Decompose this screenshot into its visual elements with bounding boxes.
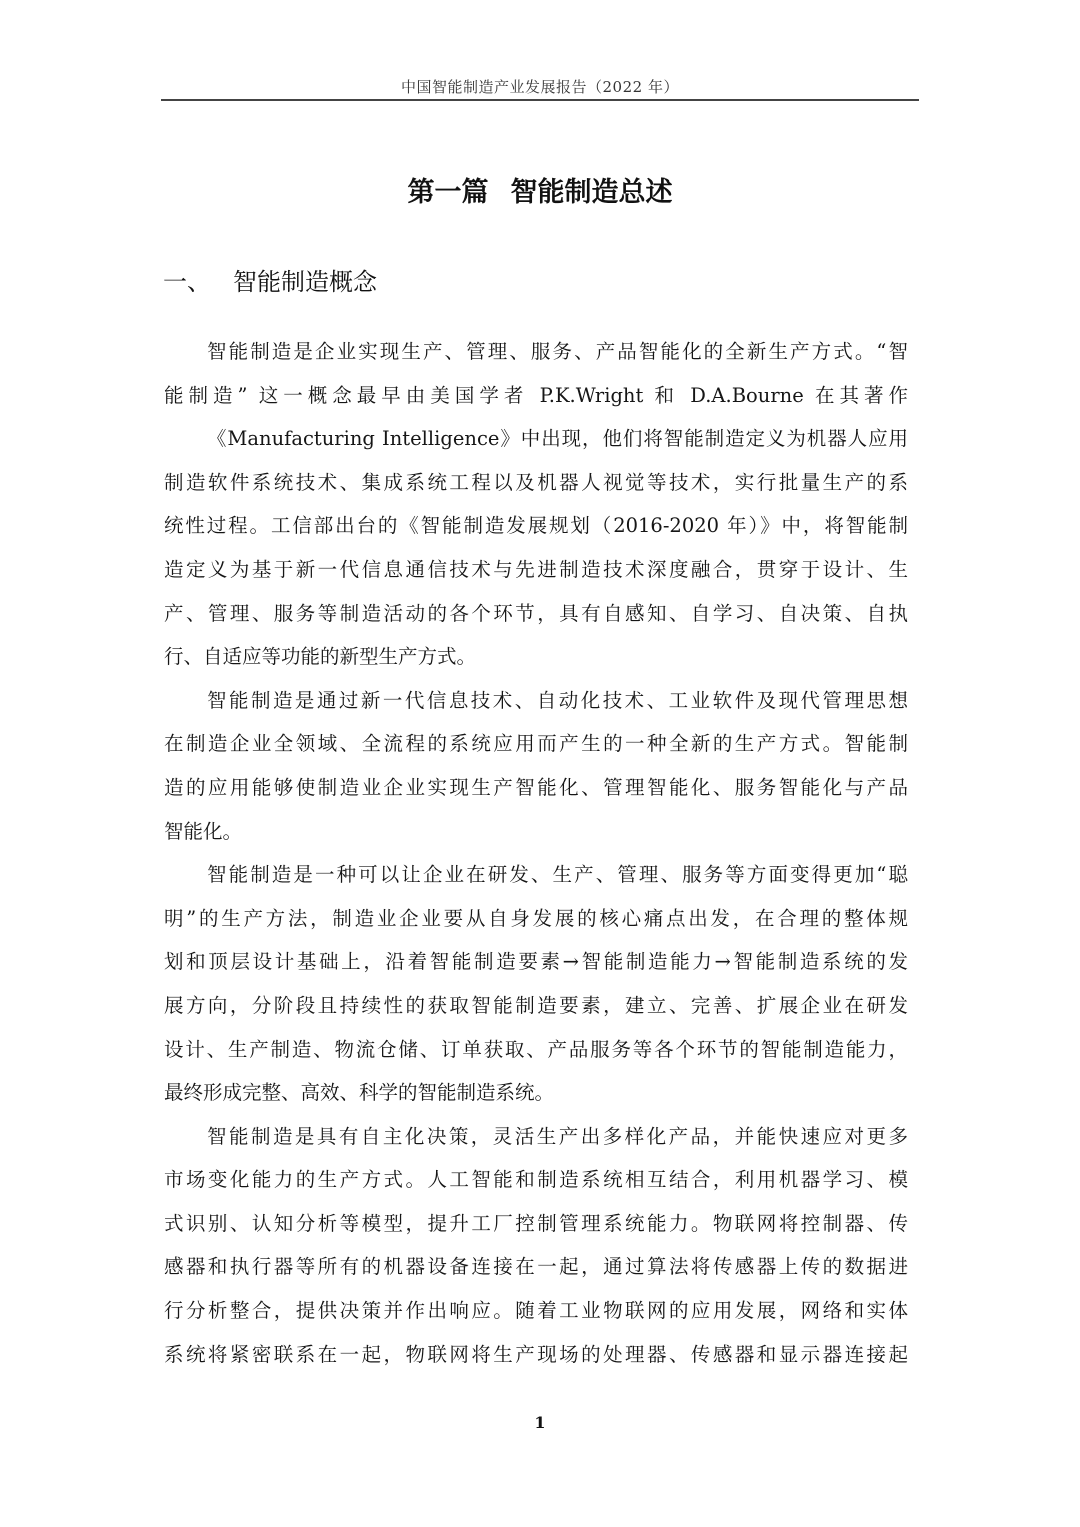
part-title-text: 智能制造总述 xyxy=(511,177,673,208)
paragraph-line: 明”的生产方法，制造业企业要从自身发展的核心痛点出发，在合理的整体规 xyxy=(164,897,908,941)
paragraph-line: 能制造” 这一概念最早由美国学者 P.K.Wright 和 D.A.Bourne… xyxy=(164,374,908,418)
paragraph-line: 行、自适应等功能的新型生产方式。 xyxy=(164,635,908,679)
paragraph-line: 系统将紧密联系在一起，物联网将生产现场的处理器、传感器和显示器连接起 xyxy=(164,1333,908,1377)
section-heading: 一、智能制造概念 xyxy=(163,262,377,297)
running-header: 中国智能制造产业发展报告（2022 年） xyxy=(160,76,920,97)
paragraph-line: 设计、生产制造、物流仓储、订单获取、产品服务等各个环节的智能制造能力， xyxy=(164,1028,908,1072)
paragraph-line: 制造软件系统技术、集成系统工程以及机器人视觉等技术，实行批量生产的系 xyxy=(164,461,908,505)
paragraph-line: 智能制造是通过新一代信息技术、自动化技术、工业软件及现代管理思想 xyxy=(164,679,908,723)
body-text: 智能制造是企业实现生产、管理、服务、产品智能化的全新生产方式。“智 能制造” 这… xyxy=(164,330,908,1376)
paragraph-line: 造的应用能够使制造业企业实现生产智能化、管理智能化、服务智能化与产品 xyxy=(164,766,908,810)
paragraph-line: 感器和执行器等所有的机器设备连接在一起，通过算法将传感器上传的数据进 xyxy=(164,1245,908,1289)
paragraph-line: 展方向，分阶段且持续性的获取智能制造要素，建立、完善、扩展企业在研发 xyxy=(164,984,908,1028)
section-number: 一、 xyxy=(163,268,211,296)
header-divider xyxy=(161,99,919,101)
section-title: 智能制造概念 xyxy=(233,268,377,296)
part-number: 第一篇 xyxy=(408,177,489,208)
paragraph-line: 统性过程。工信部出台的《智能制造发展规划（2016-2020 年）》中，将智能制 xyxy=(164,504,908,548)
paragraph-line: 在制造企业全领域、全流程的系统应用而产生的一种全新的生产方式。智能制 xyxy=(164,722,908,766)
paragraph-line: 最终形成完整、高效、科学的智能制造系统。 xyxy=(164,1071,908,1115)
paragraph-line: 市场变化能力的生产方式。人工智能和制造系统相互结合，利用机器学习、模 xyxy=(164,1158,908,1202)
document-page: 中国智能制造产业发展报告（2022 年） 第一篇智能制造总述 一、智能制造概念 … xyxy=(0,0,1080,1527)
paragraph-line: 智能制造是一种可以让企业在研发、生产、管理、服务等方面变得更加“聪 xyxy=(164,853,908,897)
paragraph-line: 行分析整合，提供决策并作出响应。随着工业物联网的应用发展，网络和实体 xyxy=(164,1289,908,1333)
paragraph-line: 划和顶层设计基础上，沿着智能制造要素→智能制造能力→智能制造系统的发 xyxy=(164,940,908,984)
paragraph-line: 式识别、认知分析等模型，提升工厂控制管理系统能力。物联网将控制器、传 xyxy=(164,1202,908,1246)
paragraph-line: 智能制造是企业实现生产、管理、服务、产品智能化的全新生产方式。“智 xyxy=(164,330,908,374)
paragraph-line: 造定义为基于新一代信息通信技术与先进制造技术深度融合，贯穿于设计、生 xyxy=(164,548,908,592)
paragraph-line: 智能制造是具有自主化决策，灵活生产出多样化产品，并能快速应对更多 xyxy=(164,1115,908,1159)
paragraph-line: 智能化。 xyxy=(164,810,908,854)
part-title: 第一篇智能制造总述 xyxy=(160,170,920,209)
paragraph-line: 产、管理、服务等制造活动的各个环节，具有自感知、自学习、自决策、自执 xyxy=(164,592,908,636)
paragraph-line: 《Manufacturing Intelligence》中出现，他们将智能制造定… xyxy=(164,417,908,461)
page-number: 1 xyxy=(160,1413,920,1432)
